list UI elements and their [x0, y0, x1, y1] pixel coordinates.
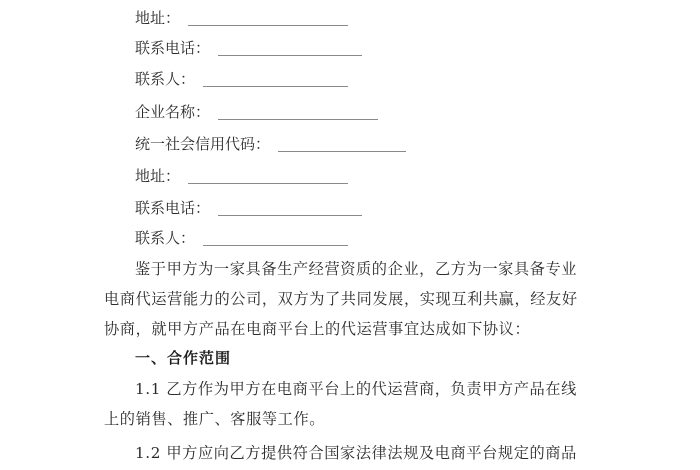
phone-blank-line[interactable]: [218, 200, 362, 216]
field-contact-b: 联系人：: [135, 226, 348, 250]
field-label: 联系电话：: [135, 196, 210, 220]
field-label: 地址：: [135, 6, 180, 30]
clause-1-1: 1.1 乙方作为甲方在电商平台上的代运营商，负责甲方产品在线 上的销售、推广、客…: [104, 374, 604, 434]
preamble-paragraph: 鉴于甲方为一家具备生产经营资质的企业，乙方为一家具备专业 电商代运营能力的公司，…: [104, 254, 604, 344]
field-label: 统一社会信用代码：: [135, 132, 270, 156]
paragraph-line: 协商，就甲方产品在电商平台上的代运营事宜达成如下协议：: [104, 314, 604, 344]
field-company-name: 企业名称：: [135, 100, 378, 124]
field-label: 企业名称：: [135, 100, 210, 124]
contact-blank-line[interactable]: [203, 230, 348, 246]
paragraph-line: 电商代运营能力的公司，双方为了共同发展，实现互利共赢，经友好: [104, 284, 604, 314]
field-phone-b: 联系电话：: [135, 196, 362, 220]
field-address-b: 地址：: [135, 164, 348, 188]
credit-code-blank-line[interactable]: [278, 136, 406, 152]
address-blank-line[interactable]: [188, 168, 348, 184]
field-contact-a: 联系人：: [135, 67, 348, 91]
field-label: 联系人：: [135, 67, 195, 91]
field-label: 联系人：: [135, 226, 195, 250]
field-address-a: 地址：: [135, 6, 348, 30]
phone-blank-line[interactable]: [218, 40, 362, 56]
paragraph-line: 1.2 甲方应向乙方提供符合国家法律法规及电商平台规定的商品: [104, 438, 604, 468]
section-heading: 一、合作范围: [135, 346, 231, 370]
address-blank-line[interactable]: [188, 10, 348, 26]
field-phone-a: 联系电话：: [135, 36, 362, 60]
field-label: 地址：: [135, 164, 180, 188]
field-credit-code: 统一社会信用代码：: [135, 132, 406, 156]
paragraph-line: 1.1 乙方作为甲方在电商平台上的代运营商，负责甲方产品在线: [104, 374, 604, 404]
company-name-blank-line[interactable]: [218, 104, 378, 120]
field-label: 联系电话：: [135, 36, 210, 60]
paragraph-line: 上的销售、推广、客服等工作。: [104, 404, 604, 434]
paragraph-line: 鉴于甲方为一家具备生产经营资质的企业，乙方为一家具备专业: [104, 254, 604, 284]
contact-blank-line[interactable]: [203, 71, 348, 87]
contract-page: 地址： 联系电话： 联系人： 企业名称： 统一社会信用代码： 地址： 联系电话：…: [0, 0, 700, 470]
clause-1-2: 1.2 甲方应向乙方提供符合国家法律法规及电商平台规定的商品: [104, 438, 604, 468]
